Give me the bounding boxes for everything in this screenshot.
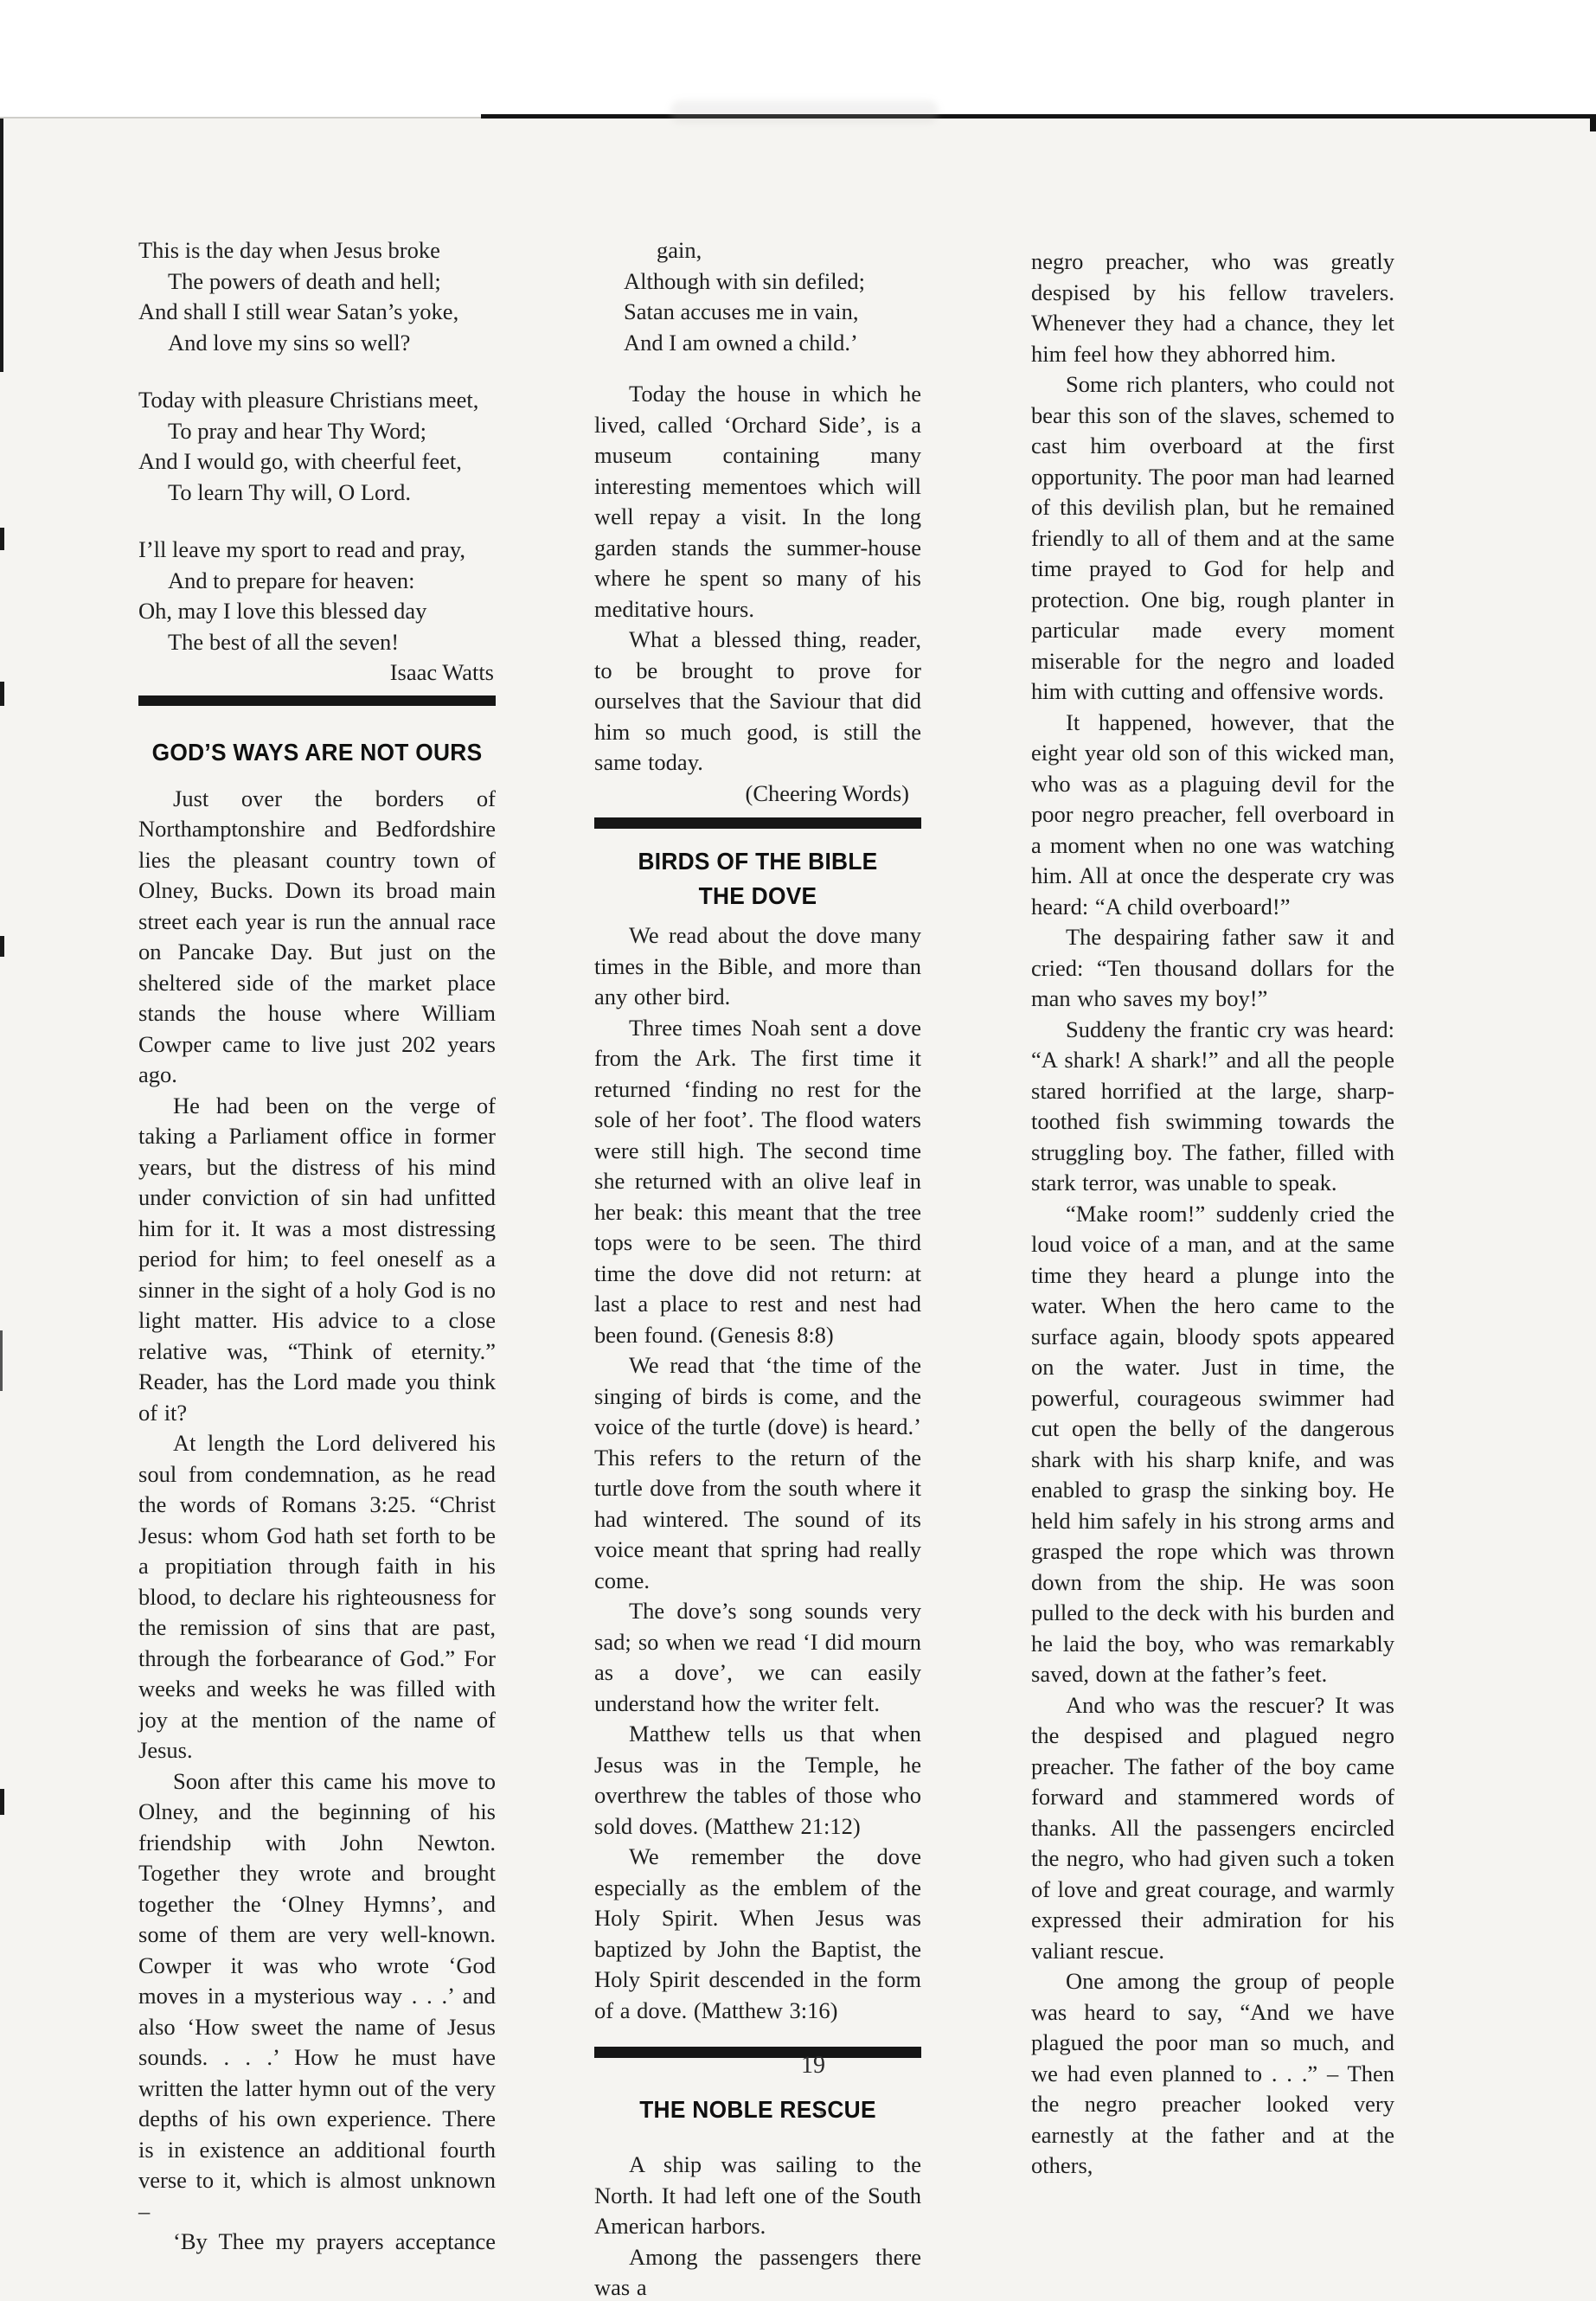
poem-line: Today with pleasure Christians meet, (138, 385, 496, 416)
poem-line: And to prepare for heaven: (138, 566, 496, 597)
poem-line: Oh, may I love this blessed day (138, 596, 496, 627)
poem-line: And I am owned a child.’ (594, 328, 921, 359)
poem-line: To pray and hear Thy Word; (138, 416, 496, 447)
poem-line: And shall I still wear Satan’s yoke, (138, 297, 496, 328)
poem-line: Although with sin defiled; (594, 266, 921, 298)
paragraph: Among the passengers there was a (594, 2242, 921, 2301)
page-number: 19 (588, 2052, 1038, 2080)
cowper-article-continuation: Today the house in which he lived, calle… (594, 379, 921, 809)
poem-attribution: Isaac Watts (138, 657, 496, 689)
scan-artifact-left-edge (0, 1789, 4, 1815)
paragraph: We read that ‘the time of the singing of… (594, 1350, 921, 1596)
column-1: This is the day when Jesus broke The pow… (138, 235, 496, 2258)
poem-stanza: This is the day when Jesus broke The pow… (138, 235, 496, 358)
paragraph: negro preacher, who was greatly despised… (1031, 247, 1394, 369)
poem-line: The powers of death and hell; (138, 266, 496, 298)
paragraph: Some rich planters, who could not bear t… (1031, 369, 1394, 708)
dove-article: BIRDS OF THE BIBLE THE DOVE We read abou… (594, 844, 921, 2026)
paragraph: Three times Noah sent a dove from the Ar… (594, 1013, 921, 1351)
article-heading-birds: BIRDS OF THE BIBLE (604, 844, 911, 879)
article-heading-gods-ways: GOD’S WAYS ARE NOT OURS (149, 735, 484, 770)
paragraph: Suddeny the frantic cry was heard: “A sh… (1031, 1015, 1394, 1199)
poem-stanza: I’ll leave my sport to read and pray, An… (138, 535, 496, 657)
column-3: negro preacher, who was greatly despised… (1031, 247, 1394, 2182)
scan-artifact-dot (820, 2111, 824, 2115)
scan-artifact-left-edge (0, 682, 4, 706)
paragraph: The dove’s song sounds very sad; so when… (594, 1596, 921, 1719)
paragraph: We remember the dove especially as the e… (594, 1842, 921, 2026)
paragraph: One among the group of people was heard … (1031, 1966, 1394, 2182)
article-subheading-dove: THE DOVE (604, 879, 911, 913)
paragraph: We read about the dove many times in the… (594, 920, 921, 1013)
paragraph: He had been on the verge of taking a Par… (138, 1091, 496, 1429)
paragraph: And who was the rescuer? It was the desp… (1031, 1690, 1394, 1967)
column-2: gain, Although with sin defiled; Satan a… (594, 235, 921, 2301)
article-body: Just over the borders of Northamptonshir… (138, 784, 496, 2258)
paragraph: At length the Lord delivered his soul fr… (138, 1428, 496, 1766)
poem-line: I’ll leave my sport to read and pray, (138, 535, 496, 566)
page-top-edge-light (0, 117, 483, 119)
poem-line: The best of all the seven! (138, 627, 496, 658)
scan-artifact-left-edge (0, 936, 4, 957)
paragraph: What a blessed thing, reader, to be brou… (594, 625, 921, 779)
scan-artifact-left-edge (0, 528, 4, 550)
scan-artifact-corner (1590, 114, 1596, 131)
poem-line: Satan accuses me in vain, (594, 297, 921, 328)
hymn-poem: This is the day when Jesus broke The pow… (138, 235, 496, 689)
poem-line: To learn Thy will, O Lord. (138, 478, 496, 509)
paragraph: Today the house in which he lived, calle… (594, 379, 921, 625)
scan-artifact-smudge (670, 100, 939, 123)
paragraph: Just over the borders of Northamptonshir… (138, 784, 496, 1091)
paragraph: Matthew tells us that when Jesus was in … (594, 1719, 921, 1842)
poem-line: And I would go, with cheerful feet, (138, 446, 496, 478)
rescue-article: THE NOBLE RESCUE A ship was sailing to t… (594, 2093, 921, 2301)
source-credit: (Cheering Words) (594, 779, 921, 810)
paragraph: A ship was sailing to the North. It had … (594, 2150, 921, 2242)
paragraph: The despairing father saw it and cried: … (1031, 922, 1394, 1015)
paragraph: Soon after this came his move to Olney, … (138, 1766, 496, 2227)
poem-line: This is the day when Jesus broke (138, 235, 496, 266)
paragraph: It happened, however, that the eight yea… (1031, 708, 1394, 923)
scan-artifact-left-edge (0, 119, 3, 372)
poem-line: And love my sins so well? (138, 328, 496, 359)
poem-line: gain, (594, 235, 921, 266)
hymn-poem-continuation: gain, Although with sin defiled; Satan a… (594, 235, 921, 358)
verse-first-line: ‘By Thee my prayers acceptance (138, 2227, 496, 2258)
section-divider-rule (594, 817, 921, 829)
poem-stanza: Today with pleasure Christians meet, To … (138, 385, 496, 508)
article-heading-noble-rescue: THE NOBLE RESCUE (604, 2093, 911, 2127)
page-top-edge-rule (481, 114, 1596, 119)
scan-artifact-left-edge (0, 1330, 3, 1391)
paragraph: “Make room!” suddenly cried the loud voi… (1031, 1199, 1394, 1690)
section-divider-rule (138, 695, 496, 706)
